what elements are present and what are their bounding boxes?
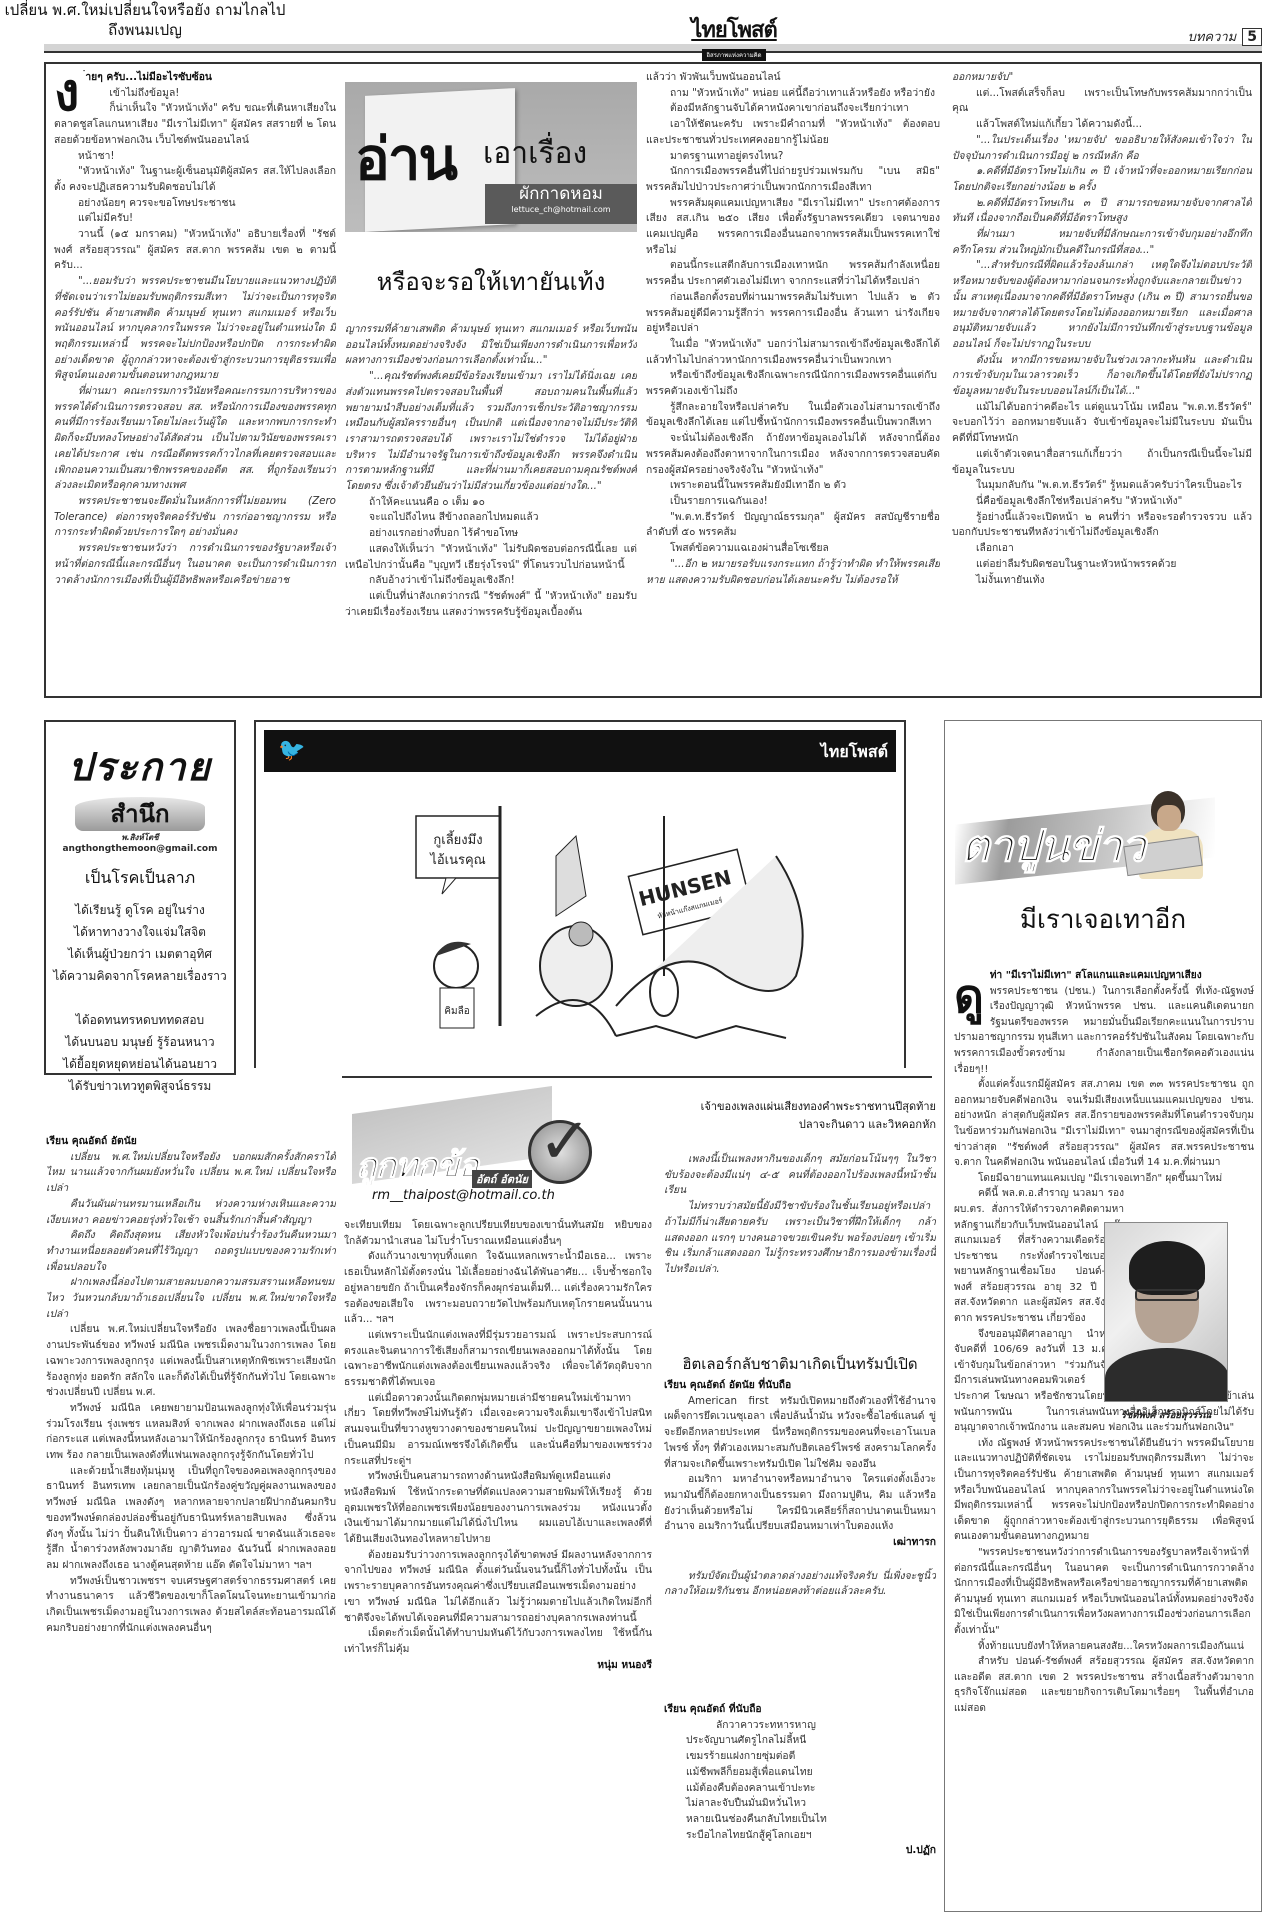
letter2: เจ้าของเพลงแผ่นเสียงทองคำพระราชทานปีสุดท… bbox=[664, 1098, 936, 1298]
letter3: ฮิตเลอร์กลับชาติมาเกิดเป็นทรัมป์เปิด เรี… bbox=[664, 1354, 936, 1644]
column-email: rm__thaipost@hotmail.co.th bbox=[372, 1188, 555, 1203]
poem-title: เป็นโรคเป็นลาภ bbox=[46, 866, 234, 891]
top-story-col4: ออกหมายจับ" แต่...โพสต์เสร็จก็ลบ เพราะเป… bbox=[952, 70, 1252, 692]
bird-icon: 🐦 bbox=[278, 738, 305, 763]
top-story-col1: ง ่ายๆ ครับ...ไม่มีอะไรซับซ้อน เข้าไม่ถึ… bbox=[54, 70, 336, 692]
svg-text:กูเลี้ยงมึง: กูเลี้ยงมึง bbox=[433, 830, 482, 848]
svg-text:คิมลือ: คิมลือ bbox=[444, 1005, 469, 1017]
cartoon-box: 🐦 ไทยโพสต์ กูเลี้ยงมึง ไอ้เนรคุณ คิมลือ … bbox=[254, 720, 906, 1068]
poem-stanza-1: ได้เรียนรู้ ดูโรค อยู่ในร่าง ได้หาทางวาง… bbox=[46, 899, 234, 987]
author-bar: ผักกาดหอม lettuce_ch@hotmail.com bbox=[485, 184, 637, 224]
top-story-col2: ญากรรมที่ค้ายาเสพติด ค้ามนุษย์ ทุนเทา สแ… bbox=[345, 322, 637, 692]
candidate-photo bbox=[1104, 1222, 1228, 1402]
letter1-col1: เรียน คุณอัตถ์ อัตนัย เปลี่ยน พ.ศ.ใหม่เป… bbox=[46, 1134, 336, 1920]
feature-headline: มีเราเจอเทาอีก bbox=[955, 899, 1251, 940]
top-story-headline: หรือจะรอให้เทายันเท้ง bbox=[345, 262, 637, 301]
top-story-col3: แล้วว่า พัวพันเว็บพนันออนไลน์ ถาม "หัวหน… bbox=[646, 70, 940, 692]
column-banner-read: อ่าน เอาเรื่อง ผักกาดหอม lettuce_ch@hotm… bbox=[345, 82, 637, 232]
poem-email: angthongthemoon@gmail.com bbox=[46, 844, 234, 854]
letter3-signature: เฒ่าทารก bbox=[664, 1535, 936, 1551]
section-label: บทความ 5 bbox=[1188, 26, 1262, 47]
letter1-col2: จะเทียบเทียม โดยเฉพาะลูกเปรียบเทียบของเข… bbox=[344, 1218, 652, 1920]
poem-stanza-2: ได้อดทนทรหดบททดสอบ ได้นบนอบ มนุษย์ รู้ร้… bbox=[46, 1009, 234, 1097]
editorial-cartoon: กูเลี้ยงมึง ไอ้เนรคุณ คิมลือ HUNSEN หัวห… bbox=[256, 776, 904, 1066]
photo-caption: รัชต์พงศ์ สร้อยสุวรรณ bbox=[1100, 1408, 1232, 1423]
masthead-rule bbox=[44, 44, 1262, 53]
feature-body: ดู ท่า "มีเราไม่มีเทา" สโลแกนและแคมเปญหา… bbox=[954, 968, 1254, 1908]
feature-column-logo: ตาปูนข่าว bbox=[955, 771, 1225, 881]
feature-dropcap: ดู bbox=[954, 968, 984, 1024]
dropcap: ง bbox=[54, 70, 79, 116]
newspaper-logo: ไทยโพสต์ อิสรภาพแห่งความคิด bbox=[674, 20, 794, 61]
svg-text:ไอ้เนรคุณ: ไอ้เนรคุณ bbox=[429, 852, 485, 868]
letter1-signature: หนุ่ม หนองรี bbox=[344, 1658, 652, 1674]
poem-column-logo: ประกาย สำนึก พ.สิงห์โตชี angthongthemoon… bbox=[46, 722, 234, 854]
letter4: เรียน คุณอัตถ์ ที่นับถือ ลักวาคาวระทหารห… bbox=[664, 1702, 936, 1920]
check-mark-icon: ✓ bbox=[538, 1110, 592, 1174]
letter4-poem: ลักวาคาวระทหารหาญ ประจัญบานศัตรูไกลไม่ลี… bbox=[664, 1718, 936, 1844]
page-number: 5 bbox=[1242, 28, 1262, 46]
column-banner-check: ✓ ถูกทุกข้อ อัตถ์ อัตนัย rm__thaipost@ho… bbox=[342, 1090, 642, 1200]
poem-box: ประกาย สำนึก พ.สิงห์โตชี angthongthemoon… bbox=[44, 720, 236, 1075]
section-rule bbox=[342, 1076, 932, 1078]
letter4-signature: ป.ปฏัก bbox=[664, 1843, 936, 1859]
masthead: ไทยโพสต์ อิสรภาพแห่งความคิด บทความ 5 bbox=[44, 0, 1262, 56]
cartoon-header: 🐦 ไทยโพสต์ bbox=[264, 730, 896, 772]
